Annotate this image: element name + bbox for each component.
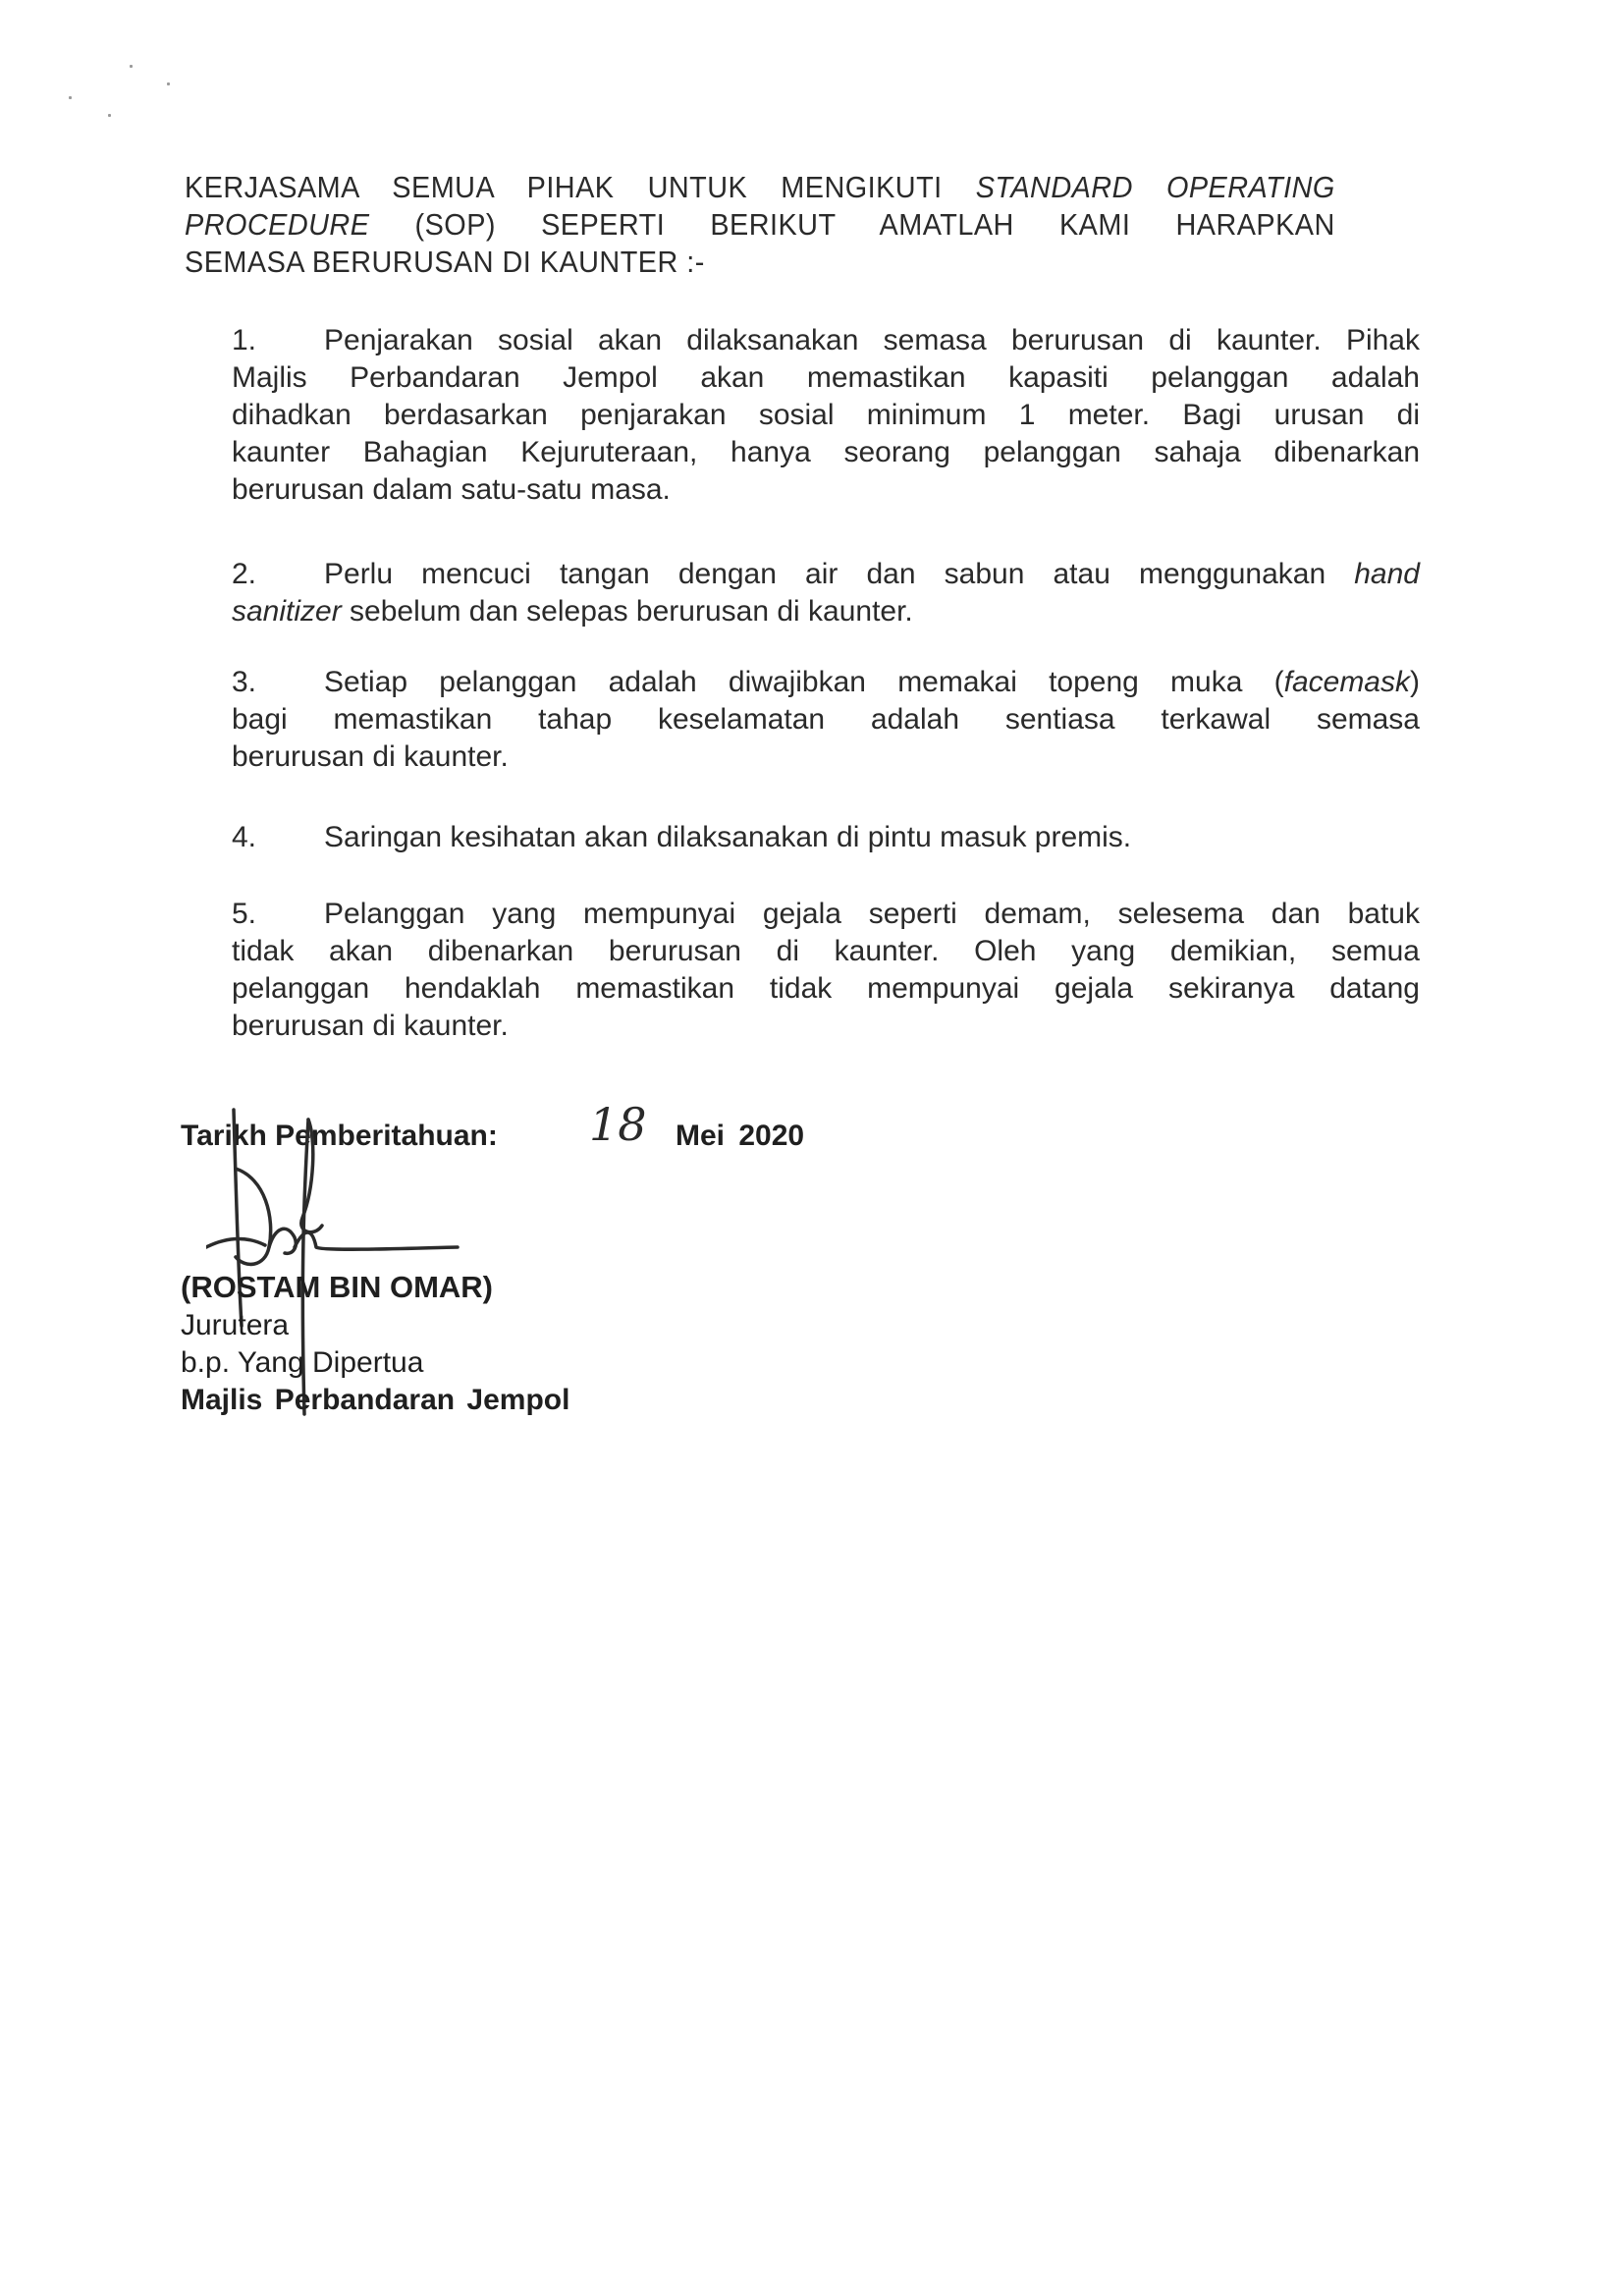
heading-line-3: SEMASA BERURUSAN DI KAUNTER :- [185, 244, 1335, 281]
item-italic-text: sanitizer [232, 595, 342, 628]
scan-speck [130, 65, 133, 68]
item-text: sebelum dan selepas berurusan di kaunter… [342, 595, 913, 628]
item-number: 2. [232, 556, 324, 593]
item-number: 5. [232, 896, 324, 933]
item-text: Penjarakan sosial akan dilaksanakan sema… [324, 324, 1420, 356]
item-number: 3. [232, 664, 324, 701]
item-line: tidak akan dibenarkan berurusan di kaunt… [232, 933, 1420, 970]
item-number: 1. [232, 322, 324, 359]
item-line: 3.Setiap pelanggan adalah diwajibkan mem… [232, 664, 1420, 701]
signatory-organization: Majlis Perbandaran Jempol [181, 1384, 569, 1417]
heading-text: (SOP) SEPERTI BERIKUT AMATLAH KAMI HARAP… [369, 207, 1334, 242]
item-text: ) [1410, 666, 1420, 698]
signatory-name: (ROSTAM BIN OMAR) [181, 1270, 493, 1305]
notice-date-month-year: Mei 2020 [676, 1120, 804, 1153]
heading-line-2: PROCEDURE (SOP) SEPERTI BERIKUT AMATLAH … [185, 206, 1335, 244]
signatory-on-behalf: b.p. Yang Dipertua [181, 1346, 423, 1380]
item-line: 5.Pelanggan yang mempunyai gejala sepert… [232, 896, 1420, 933]
item-text: Pelanggan yang mempunyai gejala seperti … [324, 898, 1420, 930]
notice-date-label: Tarikh Pemberitahuan: [181, 1120, 498, 1153]
item-line: dihadkan berdasarkan penjarakan sosial m… [232, 397, 1420, 434]
sop-item-1: 1.Penjarakan sosial akan dilaksanakan se… [232, 322, 1420, 509]
signatory-title: Jurutera [181, 1309, 289, 1342]
handwritten-date-day: 18 [589, 1098, 647, 1151]
sop-item-5: 5.Pelanggan yang mempunyai gejala sepert… [232, 896, 1420, 1045]
scan-speck [69, 96, 72, 99]
item-number: 4. [232, 819, 324, 856]
item-line: Majlis Perbandaran Jempol akan memastika… [232, 359, 1420, 397]
item-text: Perlu mencuci tangan dengan air dan sabu… [324, 558, 1354, 590]
item-line: bagi memastikan tahap keselamatan adalah… [232, 701, 1420, 738]
item-line: 1.Penjarakan sosial akan dilaksanakan se… [232, 322, 1420, 359]
item-line: 4.Saringan kesihatan akan dilaksanakan d… [232, 819, 1420, 856]
heading-line-1: KERJASAMA SEMUA PIHAK UNTUK MENGIKUTI ST… [185, 169, 1335, 206]
heading-italic-text: PROCEDURE [185, 207, 369, 242]
item-text: Saringan kesihatan akan dilaksanakan di … [324, 821, 1131, 853]
sop-item-3: 3.Setiap pelanggan adalah diwajibkan mem… [232, 664, 1420, 776]
item-italic-text: hand [1354, 558, 1420, 590]
item-line: pelanggan hendaklah memastikan tidak mem… [232, 970, 1420, 1008]
notice-heading: KERJASAMA SEMUA PIHAK UNTUK MENGIKUTI ST… [185, 169, 1335, 281]
sop-item-4: 4.Saringan kesihatan akan dilaksanakan d… [232, 819, 1420, 856]
scan-speck [108, 114, 111, 117]
heading-italic-text: STANDARD OPERATING [976, 170, 1335, 204]
item-line: kaunter Bahagian Kejuruteraan, hanya seo… [232, 434, 1420, 471]
sop-item-2: 2.Perlu mencuci tangan dengan air dan sa… [232, 556, 1420, 630]
scan-speck [167, 82, 170, 85]
item-line: 2.Perlu mencuci tangan dengan air dan sa… [232, 556, 1420, 593]
item-line: sanitizer sebelum dan selepas berurusan … [232, 593, 1420, 630]
heading-text: KERJASAMA SEMUA PIHAK UNTUK MENGIKUTI [185, 170, 976, 204]
item-italic-text: facemask [1284, 666, 1410, 698]
item-line: berurusan di kaunter. [232, 1008, 1420, 1045]
item-line: berurusan di kaunter. [232, 738, 1420, 776]
item-text: Setiap pelanggan adalah diwajibkan memak… [324, 666, 1284, 698]
item-line: berurusan dalam satu-satu masa. [232, 471, 1420, 509]
